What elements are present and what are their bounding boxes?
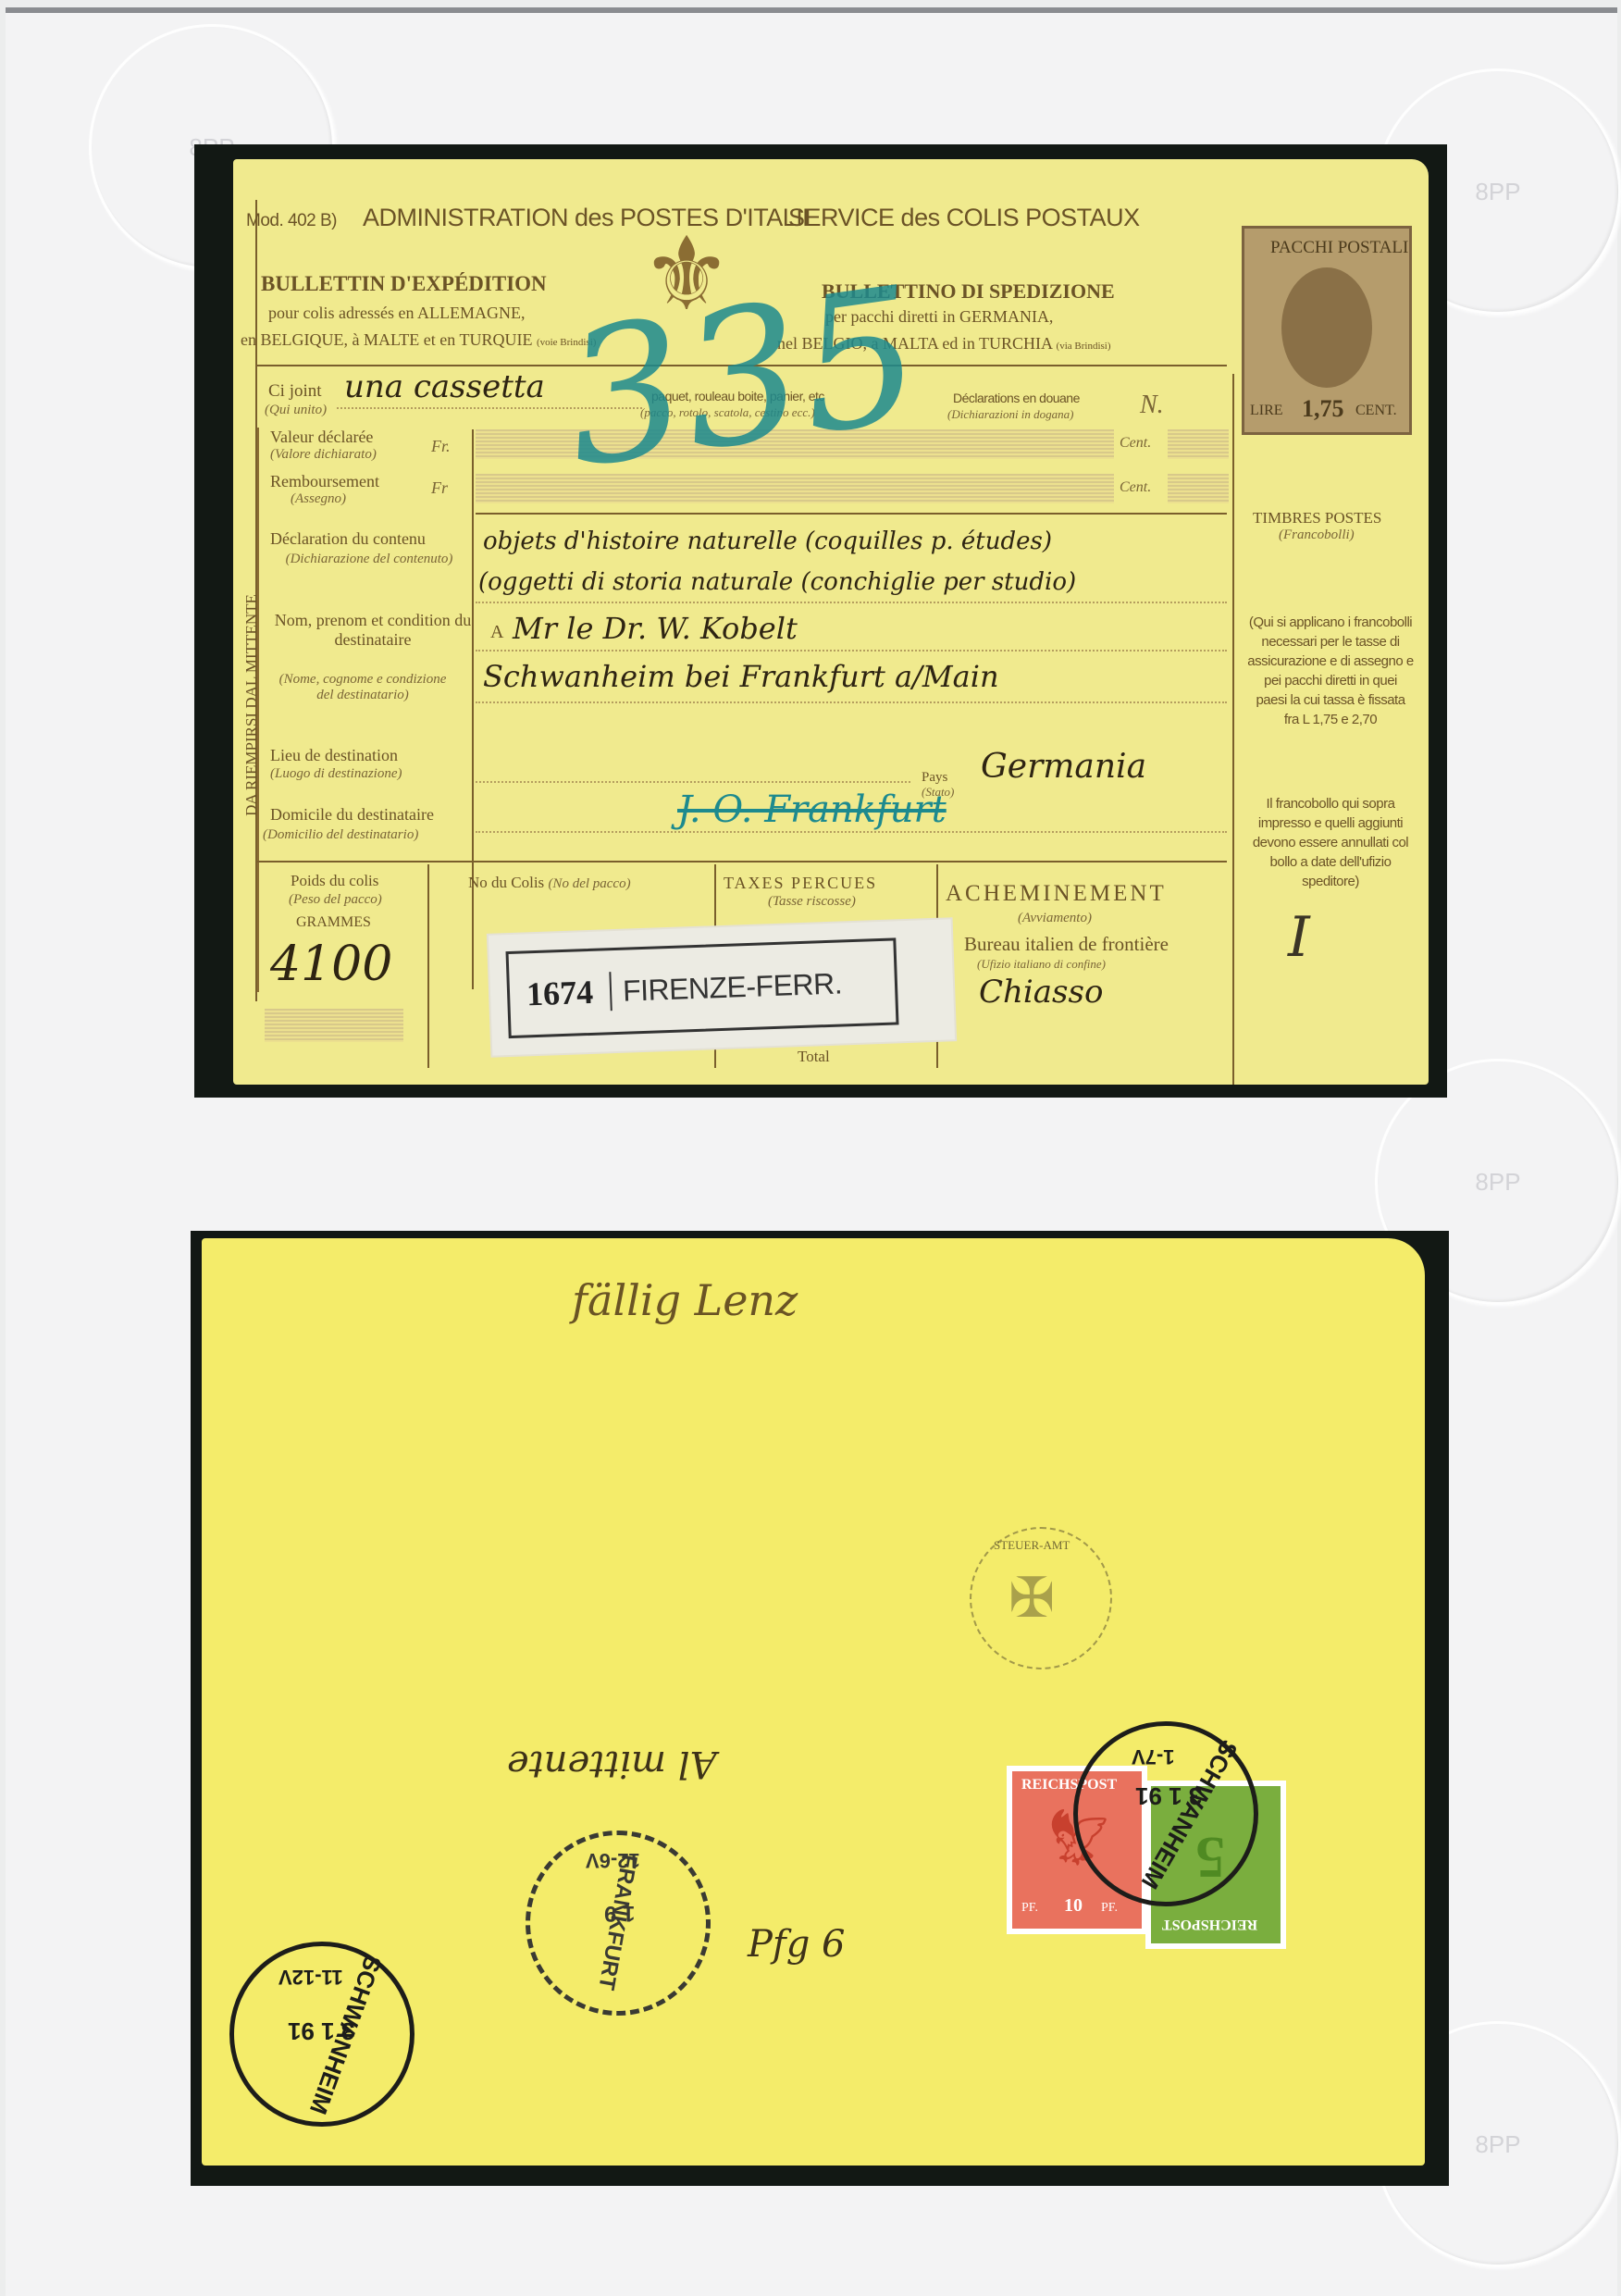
field-domicile-label: Domicile du destinataire (270, 805, 434, 825)
field-remb-unit: Fr (431, 478, 448, 498)
album-page: 8PP 8PP 8PP 8PP Mod. 402 B) ADMINISTRATI… (6, 7, 1617, 2296)
emboss-text: 8PP (1475, 178, 1520, 206)
field-ci-joint-sub: (Qui unito) (265, 403, 327, 418)
postmark-time: 1-7V (1132, 1744, 1174, 1769)
taxes-label-it: (Tasse riscosse) (768, 894, 856, 910)
stamp-lire: LIRE (1250, 403, 1283, 419)
imprinted-stamp: PACCHI POSTALI LIRE 1,75 CENT. (1242, 226, 1412, 435)
front-card: Mod. 402 B) ADMINISTRATION des POSTES D'… (233, 159, 1429, 1085)
instructions-text-2: Il francobollo qui sopra impresso e quel… (1247, 794, 1414, 891)
colis-no-it: (No del pacco) (548, 876, 630, 891)
postmark-time: 12-6V (586, 1848, 640, 1872)
total-label: Total (798, 1048, 830, 1066)
weight-label: Poids du colis (291, 872, 378, 890)
route-mark: I (1288, 905, 1310, 970)
stamp-top-text: PACCHI POSTALI (1270, 238, 1408, 258)
stamp-red-unit: PF. (1101, 1901, 1118, 1916)
customs-seal: STEUER-AMT ✠ (970, 1527, 1112, 1669)
colis-no-label: No du Colis (No del pacco) (468, 874, 631, 892)
weight-value: 4100 (270, 937, 392, 992)
country-value: Germania (981, 748, 1146, 786)
field-dest-label: Lieu de destination (270, 746, 398, 765)
back-card: fällig Lenz STEUER-AMT ✠ Al mittente Pfg… (202, 1238, 1425, 2166)
header-right: SERVICE des COLIS POSTAUX (788, 204, 1140, 232)
bureau-label: Bureau italien de frontière (964, 933, 1169, 956)
side-label: DA RIEMPIRSI DAL MITTENTE (242, 520, 261, 890)
fr-sub2: en BELGIQUE, à MALTE et en TURQUIE (voie… (241, 330, 596, 350)
instructions-text: (Qui si applicano i francobolli necessar… (1247, 613, 1414, 729)
field-name-label: Nom, prenom et condition du destinataire (270, 611, 476, 650)
addressee-value: Mr le Dr. W. Kobelt (513, 611, 798, 646)
postmark-schwanheim-2: SCHWANHEIM 11-12V 3 1 91 (229, 1942, 415, 2127)
upside-note: Al mittente (507, 1743, 716, 1785)
cent-label: Cent. (1120, 479, 1151, 496)
field-name-sub: (Nome, cognome e condizione del destinat… (270, 672, 455, 703)
parcel-number-label: 1674 FIRENZE-FERR. (489, 919, 955, 1055)
country-label: Pays (922, 770, 947, 786)
stamp-green-top: REICHSPOST (1162, 1916, 1257, 1932)
colis-no-text: No du Colis (468, 874, 544, 891)
emboss-text: 8PP (1475, 2130, 1520, 2159)
addressee-prefix: A (490, 622, 503, 643)
king-portrait-icon (1281, 267, 1372, 388)
back-initials: Pfg 6 (748, 1923, 846, 1966)
field-ci-joint-label: Ci joint (268, 381, 322, 402)
form-code: Mod. 402 B) (246, 211, 337, 231)
field-contents-sub: (Dichiarazione del contenuto) (281, 552, 457, 567)
stamp-value: 1,75 (1302, 395, 1344, 423)
label-office: FIRENZE-FERR. (611, 966, 853, 1009)
customs-seal-text: STEUER-AMT (994, 1538, 1070, 1553)
blue-note: J. O. Frankfurt (677, 788, 947, 831)
contents-it-value: (oggetti di storia naturale (conchiglie … (478, 568, 1076, 596)
timbres-label-it: (Francobolli) (1279, 527, 1355, 543)
bureau-value: Chiasso (979, 974, 1103, 1011)
taxes-label: TAXES PERCUES (724, 874, 877, 893)
contents-fr-value: objets d'histoire naturelle (coquilles p… (483, 527, 1052, 555)
place-value: Schwanheim bei Frankfurt a/Main (483, 659, 999, 694)
route-label: ACHEMINEMENT (946, 881, 1167, 907)
route-label-it: (Avviamento) (1018, 911, 1092, 926)
field-ci-joint-value: una cassetta (344, 368, 545, 405)
field-remb-sub: (Assegno) (291, 491, 346, 507)
stamp-red-value: 10 (1064, 1895, 1083, 1917)
bureau-label-it: (Ufizio italiano di confine) (977, 957, 1106, 972)
field-value-unit: Fr. (431, 437, 451, 456)
stamp-red-unit: PF. (1021, 1901, 1038, 1916)
back-signature: fällig Lenz (572, 1275, 798, 1325)
postmark-schwanheim: SCHWANHEIM 1-7V 3 1 91 (1073, 1721, 1258, 1906)
postmark-frankfurt: FRANKFURT 12-6V 1 9 (526, 1831, 711, 2016)
label-number: 1674 (509, 972, 612, 1014)
postmark-date: 3 1 91 (1135, 1781, 1202, 1810)
customs-no: N. (1140, 391, 1164, 420)
it-via: (via Brindisi) (1057, 341, 1111, 352)
field-value-label: Valeur déclarée (270, 428, 373, 447)
customs-label-it: (Dichiarazioni in dogana) (947, 407, 1074, 422)
fr-title: BULLETTIN D'EXPÉDITION (261, 272, 547, 296)
cent-label: Cent. (1120, 435, 1151, 452)
grammes-label: GRAMMES (296, 914, 371, 931)
field-dest-sub: (Luogo di destinazione) (270, 766, 402, 782)
field-contents-label: Déclaration du contenu (270, 529, 426, 549)
fr-sub2-text: en BELGIQUE, à MALTE et en TURQUIE (241, 330, 532, 349)
field-domicile-sub: (Domicilio del destinatario) (263, 827, 418, 843)
timbres-label: TIMBRES POSTES (1253, 509, 1381, 527)
postmark-time: 11-12V (278, 1965, 343, 1989)
weight-label-it: (Peso del pacco) (289, 892, 382, 908)
fr-sub1: pour colis adressés en ALLEMAGNE, (268, 304, 525, 323)
customs-label: Déclarations en douane (953, 391, 1080, 405)
postmark-date: 1 9 (604, 1900, 635, 1926)
postmark-date: 3 1 91 (288, 2017, 354, 2045)
field-value-sub: (Valore dichiarato) (270, 447, 377, 463)
field-remb-label: Remboursement (270, 472, 379, 491)
emboss-text: 8PP (1475, 1168, 1520, 1197)
stamp-cent: CENT. (1355, 403, 1397, 419)
eagle-icon: ✠ (1008, 1566, 1055, 1631)
